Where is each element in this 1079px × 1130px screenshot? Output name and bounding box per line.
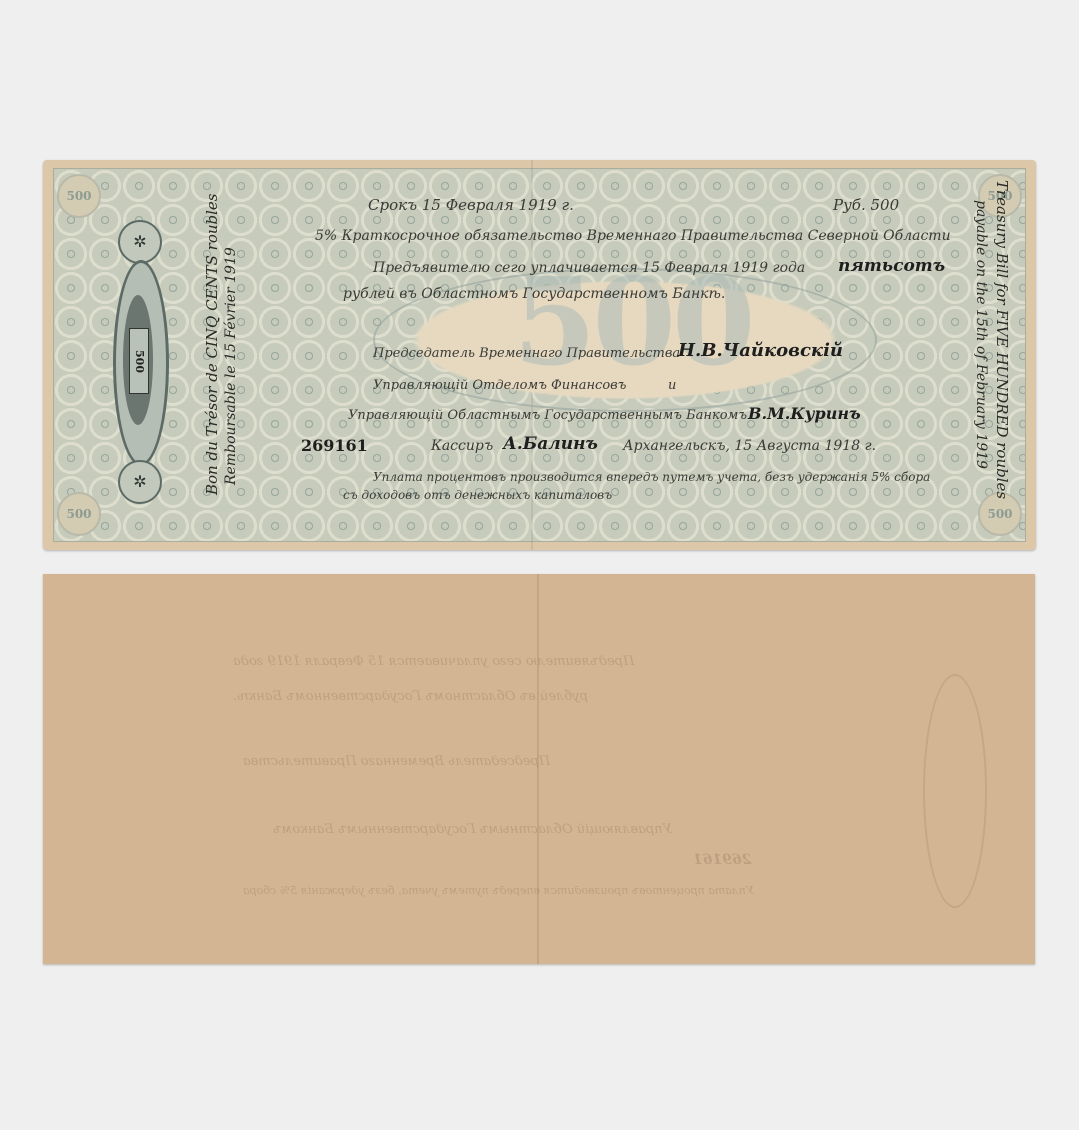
footer-line-2: съ доходовъ отъ денежныхъ капиталовъ <box>343 488 612 502</box>
corner-500-top-left: 500 <box>57 174 101 218</box>
denomination-top: Руб. 500 <box>833 196 899 214</box>
signatory-1-title: Председатель Временнаго Правительства <box>373 346 680 361</box>
show-through-serial: 269161 <box>693 852 751 868</box>
footer-line-1: Уплата процентовъ производится впередъ п… <box>373 470 930 484</box>
rosette-icon <box>118 460 162 504</box>
banknote-front: 500 500 500 500 500 500 Bon du Trésor de… <box>43 160 1036 550</box>
signature-1: Н.В.Чайковскій <box>678 340 843 361</box>
right-vertical-text-1: Treasury Bill for FIVE HUNDRED roubles <box>993 180 1011 499</box>
left-vertical-text-1: Bon du Trésor de CINQ CENTS roubles <box>203 193 221 495</box>
show-through-lens <box>923 674 987 908</box>
signatory-3-title: Управляющій Областнымъ Государственнымъ … <box>348 408 747 423</box>
show-through-text: Председатель Временнаго Правительства <box>243 754 550 769</box>
right-vertical-text-2: payable on the 15th of February 1919 <box>973 200 989 469</box>
panel-500-box: 500 <box>129 328 149 394</box>
show-through-text: Управляющій Областнымъ Государственнымъ … <box>273 822 672 837</box>
fold-crease <box>537 574 539 964</box>
signatory-2-title: Управляющій Отделомъ Финансовъ <box>373 378 626 393</box>
show-through-text: Уплата процентовъ производится впередъ п… <box>243 884 754 897</box>
left-vertical-text-2: Remboursable le 15 Février 1919 <box>223 247 239 485</box>
body-line-1: Предъявителю сего уплачивается 15 Феврал… <box>373 260 805 276</box>
serial-number: 269161 <box>301 436 368 455</box>
place-date: Архангельскъ, 15 Августа 1918 г. <box>623 438 876 454</box>
body-line-2: рублей въ Областномъ Государственномъ Ба… <box>343 286 725 302</box>
show-through-text: Предъявителю сего уплачивается 15 Феврал… <box>233 654 634 669</box>
signature-3: В.М.Куринъ <box>748 404 861 423</box>
maturity-date: Срокъ 15 Февраля 1919 г. <box>368 196 574 214</box>
cashier-label: Кассиръ <box>431 438 493 454</box>
signatory-2-conjunction: и <box>668 378 676 393</box>
corner-500-bottom-left: 500 <box>57 492 101 536</box>
banknote-back: Предъявителю сего уплачивается 15 Феврал… <box>43 574 1035 964</box>
panel-500-text: 500 <box>133 350 146 373</box>
show-through-text: рублей въ Областномъ Государственномъ Ба… <box>233 689 588 704</box>
body-amount: пятьсотъ <box>838 256 945 276</box>
left-ornament-panel: 500 <box>103 220 173 490</box>
heading: 5% Краткосрочное обязательство Временнаг… <box>315 228 951 244</box>
rosette-icon <box>118 220 162 264</box>
cashier-signature: А.Балинъ <box>503 434 598 454</box>
